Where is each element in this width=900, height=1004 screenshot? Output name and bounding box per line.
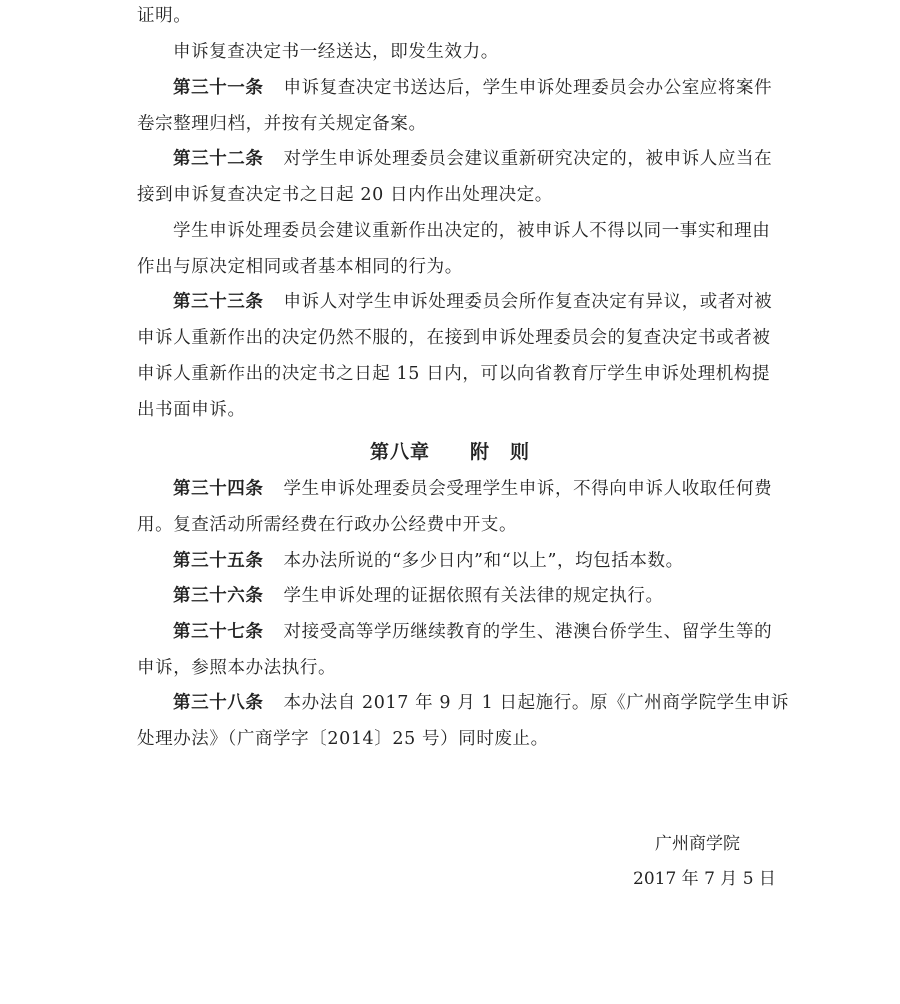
chapter-title: 第八章 附 则 xyxy=(0,437,900,464)
line-text: 卷宗整理归档，并按有关规定备案。 xyxy=(137,114,427,134)
line-text: 申诉人重新作出的决定仍然不服的，在接到申诉处理委员会的复查决定书或者被 xyxy=(137,328,771,348)
line-text: 申诉人对学生申诉处理委员会所作复查决定有异议，或者对被 xyxy=(284,292,773,312)
article-number: 第三十四条 xyxy=(173,479,264,499)
article-37: 第三十七条对接受高等学历继续教育的学生、港澳台侨学生、留学生等的 xyxy=(173,621,772,643)
text-line: 出书面申诉。 xyxy=(137,399,246,421)
text-line: 申诉人重新作出的决定仍然不服的，在接到申诉处理委员会的复查决定书或者被 xyxy=(137,327,771,349)
line-text: 申诉复查决定书送达后，学生申诉处理委员会办公室应将案件 xyxy=(284,78,773,98)
text-line: 处理办法》（广商学字〔2014〕25 号）同时废止。 xyxy=(137,728,549,750)
line-text: 学生申诉处理委员会受理学生申诉，不得向申诉人收取任何费 xyxy=(284,479,773,499)
text-line: 证明。 xyxy=(137,5,191,27)
line-text: 申诉，参照本办法执行。 xyxy=(137,658,336,678)
article-number: 第三十八条 xyxy=(173,693,264,713)
article-number: 第三十七条 xyxy=(173,622,264,642)
line-text: 申诉复查决定书一经送达，即发生效力。 xyxy=(173,42,499,62)
text-line: 学生申诉处理委员会建议重新作出决定的，被申诉人不得以同一事实和理由 xyxy=(173,220,770,242)
text-line: 申诉，参照本办法执行。 xyxy=(137,657,336,679)
text-line: 申诉复查决定书一经送达，即发生效力。 xyxy=(173,41,499,63)
line-text: 出书面申诉。 xyxy=(137,400,246,420)
article-number: 第三十一条 xyxy=(173,78,264,98)
line-text: 接到申诉复查决定书之日起 20 日内作出处理决定。 xyxy=(137,185,553,205)
signature-date: 2017 年 7 月 5 日 xyxy=(633,868,776,890)
article-33: 第三十三条申诉人对学生申诉处理委员会所作复查决定有异议，或者对被 xyxy=(173,291,772,313)
text-line: 卷宗整理归档，并按有关规定备案。 xyxy=(137,113,427,135)
document-page: 证明。 申诉复查决定书一经送达，即发生效力。 第三十一条申诉复查决定书送达后，学… xyxy=(0,0,900,1004)
text-line: 接到申诉复查决定书之日起 20 日内作出处理决定。 xyxy=(137,184,553,206)
article-35: 第三十五条本办法所说的“多少日内”和“以上”，均包括本数。 xyxy=(173,550,684,572)
article-36: 第三十六条学生申诉处理的证据依照有关法律的规定执行。 xyxy=(173,585,664,607)
article-34: 第三十四条学生申诉处理委员会受理学生申诉，不得向申诉人收取任何费 xyxy=(173,478,772,500)
line-text: 证明。 xyxy=(137,6,191,26)
article-31: 第三十一条申诉复查决定书送达后，学生申诉处理委员会办公室应将案件 xyxy=(173,77,772,99)
article-number: 第三十五条 xyxy=(173,551,264,571)
article-number: 第三十二条 xyxy=(173,149,264,169)
text-line: 用。复查活动所需经费在行政办公经费中开支。 xyxy=(137,514,517,536)
line-text: 对学生申诉处理委员会建议重新研究决定的，被申诉人应当在 xyxy=(284,149,773,169)
article-number: 第三十三条 xyxy=(173,292,264,312)
article-38: 第三十八条本办法自 2017 年 9 月 1 日起施行。原《广州商学院学生申诉 xyxy=(173,692,789,714)
line-text: 学生申诉处理委员会建议重新作出决定的，被申诉人不得以同一事实和理由 xyxy=(173,221,770,241)
line-text: 本办法所说的“多少日内”和“以上”，均包括本数。 xyxy=(284,551,684,571)
article-number: 第三十六条 xyxy=(173,586,264,606)
line-text: 作出与原决定相同或者基本相同的行为。 xyxy=(137,257,463,277)
line-text: 学生申诉处理的证据依照有关法律的规定执行。 xyxy=(284,586,664,606)
line-text: 用。复查活动所需经费在行政办公经费中开支。 xyxy=(137,515,517,535)
line-text: 本办法自 2017 年 9 月 1 日起施行。原《广州商学院学生申诉 xyxy=(284,693,790,713)
line-text: 对接受高等学历继续教育的学生、港澳台侨学生、留学生等的 xyxy=(284,622,773,642)
article-32: 第三十二条对学生申诉处理委员会建议重新研究决定的，被申诉人应当在 xyxy=(173,148,772,170)
line-text: 申诉人重新作出的决定书之日起 15 日内，可以向省教育厅学生申诉处理机构提 xyxy=(137,364,770,384)
text-line: 申诉人重新作出的决定书之日起 15 日内，可以向省教育厅学生申诉处理机构提 xyxy=(137,363,770,385)
line-text: 处理办法》（广商学字〔2014〕25 号）同时废止。 xyxy=(137,729,549,749)
text-line: 作出与原决定相同或者基本相同的行为。 xyxy=(137,256,463,278)
signature-organization: 广州商学院 xyxy=(655,833,740,855)
